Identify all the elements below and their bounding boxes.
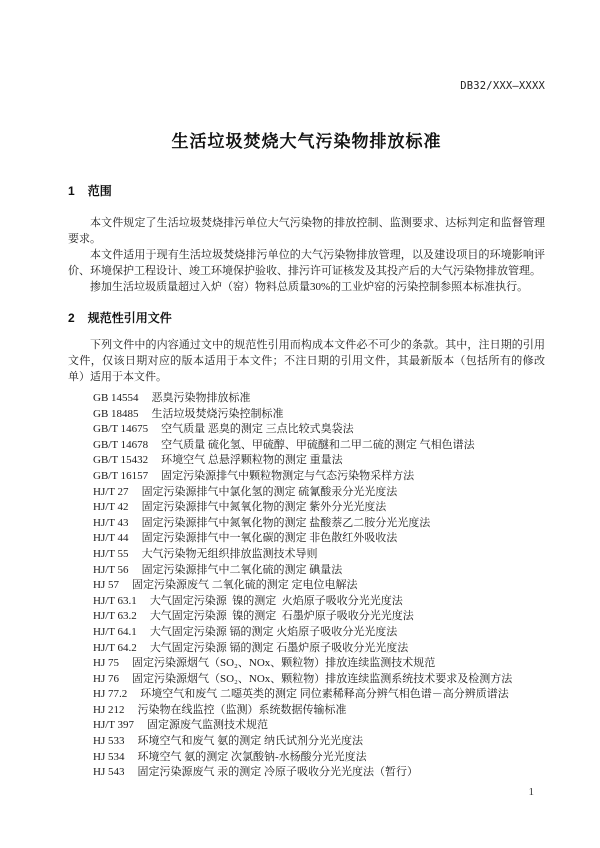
reference-item: GB/T 14675空气质量 恶臭的测定 三点比较式臭袋法 [93, 422, 545, 438]
reference-item: HJ/T 27固定污染源排气中氯化氢的测定 硫氰酸汞分光光度法 [93, 485, 545, 501]
reference-code: HJ/T 55 [93, 548, 129, 560]
reference-item: HJ 76固定污染源烟气（SO₂、NOx、颗粒物）排放连续监测系统技术要求及检测… [93, 672, 545, 688]
reference-code: HJ 77.2 [93, 688, 127, 700]
section-references-intro: 下列文件中的内容通过文中的规范性引用而构成本文件必不可少的条款。其中，注日期的引… [68, 337, 545, 385]
paragraph: 本文件规定了生活垃圾焚烧排污单位大气污染物的排放控制、监测要求、达标判定和监督管… [68, 215, 545, 247]
reference-code: HJ/T 27 [93, 486, 129, 498]
reference-code: GB/T 15432 [93, 454, 148, 466]
reference-title: 固定污染源烟气（SO₂、NOx、颗粒物）排放连续监测技术规范 [132, 657, 435, 669]
reference-code: HJ 533 [93, 735, 124, 747]
reference-title: 环境空气 总悬浮颗粒物的测定 重量法 [161, 454, 343, 466]
reference-title: 固定污染源排气中氮氧化物的测定 盐酸萘乙二胺分光光度法 [142, 517, 431, 529]
document-title: 生活垃圾焚烧大气污染物排放标准 [68, 129, 545, 155]
reference-code: HJ 75 [93, 657, 119, 669]
section-heading-text: 规范性引用文件 [88, 311, 172, 325]
section-references-heading: 2规范性引用文件 [68, 310, 545, 327]
reference-code: HJ 212 [93, 704, 124, 716]
reference-item: HJ/T 43固定污染源排气中氮氧化物的测定 盐酸萘乙二胺分光光度法 [93, 516, 545, 532]
reference-item: HJ/T 55大气污染物无组织排放监测技术导则 [93, 547, 545, 563]
reference-item: GB 18485生活垃圾焚烧污染控制标准 [93, 407, 545, 423]
reference-item: HJ/T 63.1大气固定污染源 镍的测定 火焰原子吸收分光光度法 [93, 594, 545, 610]
paragraph: 掺加生活垃圾质量超过入炉（窑）物料总质量30%的工业炉窑的污染控制参照本标准执行… [68, 279, 545, 295]
reference-title: 固定污染源废气 二氧化硫的测定 定电位电解法 [132, 579, 358, 591]
reference-item: HJ 75固定污染源烟气（SO₂、NOx、颗粒物）排放连续监测技术规范 [93, 656, 545, 672]
reference-title: 空气质量 恶臭的测定 三点比较式臭袋法 [161, 423, 354, 435]
reference-item: HJ 57固定污染源废气 二氧化硫的测定 定电位电解法 [93, 578, 545, 594]
reference-item: HJ 543固定污染源废气 汞的测定 冷原子吸收分光光度法（暂行） [93, 765, 545, 781]
reference-code: GB/T 14678 [93, 439, 148, 451]
reference-title: 恶臭污染物排放标准 [152, 392, 251, 404]
reference-title: 固定污染源排气中二氧化硫的测定 碘量法 [142, 564, 343, 576]
reference-title: 固定污染源排气中颗粒物测定与气态污染物采样方法 [161, 470, 414, 482]
section-scope: 1范围 本文件规定了生活垃圾焚烧排污单位大气污染物的排放控制、监测要求、达标判定… [68, 183, 545, 295]
reference-item: GB/T 14678空气质量 硫化氢、甲硫醇、甲硫醚和二甲二硫的测定 气相色谱法 [93, 438, 545, 454]
paragraph: 下列文件中的内容通过文中的规范性引用而构成本文件必不可少的条款。其中，注日期的引… [68, 337, 545, 385]
reference-item: HJ/T 64.1大气固定污染源 镉的测定 火焰原子吸收分光光度法 [93, 625, 545, 641]
reference-code: HJ 534 [93, 751, 124, 763]
reference-item: GB/T 16157固定污染源排气中颗粒物测定与气态污染物采样方法 [93, 469, 545, 485]
reference-title: 大气污染物无组织排放监测技术导则 [142, 548, 318, 560]
reference-code: GB/T 16157 [93, 470, 148, 482]
reference-code: HJ/T 64.1 [93, 626, 137, 638]
reference-code: HJ 76 [93, 673, 119, 685]
reference-title: 大气固定污染源 镉的测定 火焰原子吸收分光光度法 [150, 626, 398, 638]
reference-title: 大气固定污染源 镍的测定 火焰原子吸收分光光度法 [150, 595, 403, 607]
reference-title: 固定污染源烟气（SO₂、NOx、颗粒物）排放连续监测系统技术要求及检测方法 [132, 673, 512, 685]
reference-item: HJ/T 64.2大气固定污染源 镉的测定 石墨炉原子吸收分光光度法 [93, 641, 545, 657]
reference-item: HJ/T 397固定源废气监测技术规范 [93, 718, 545, 734]
section-number: 2 [68, 310, 75, 327]
section-number: 1 [68, 183, 75, 200]
reference-code: HJ/T 42 [93, 501, 129, 513]
reference-code: HJ/T 397 [93, 719, 134, 731]
reference-item: HJ 534环境空气 氨的测定 次氯酸钠-水杨酸分光光度法 [93, 750, 545, 766]
section-scope-heading: 1范围 [68, 183, 545, 200]
reference-item: HJ/T 44固定污染源排气中一氧化碳的测定 非色散红外吸收法 [93, 531, 545, 547]
reference-code: HJ/T 64.2 [93, 642, 137, 654]
reference-title: 污染物在线监控（监测）系统数据传输标准 [137, 704, 346, 716]
reference-item: GB/T 15432环境空气 总悬浮颗粒物的测定 重量法 [93, 453, 545, 469]
reference-item: HJ/T 56固定污染源排气中二氧化硫的测定 碘量法 [93, 563, 545, 579]
reference-title: 大气固定污染源 镍的测定 石墨炉原子吸收分光光度法 [150, 610, 414, 622]
section-heading-text: 范围 [88, 184, 112, 198]
reference-code: HJ/T 43 [93, 517, 129, 529]
document-header: DB32/XXX—XXXX [68, 78, 545, 91]
doc-code: DB32/XXX—XXXX [460, 80, 545, 92]
reference-code: HJ/T 63.2 [93, 610, 137, 622]
document-page: DB32/XXX—XXXX 生活垃圾焚烧大气污染物排放标准 1范围 本文件规定了… [0, 0, 600, 848]
reference-item: HJ 77.2环境空气和废气 二噁英类的测定 同位素稀释高分辨气相色谱－高分辨质… [93, 687, 545, 703]
reference-item: HJ/T 63.2大气固定污染源 镍的测定 石墨炉原子吸收分光光度法 [93, 609, 545, 625]
reference-item: HJ/T 42固定污染源排气中氮氧化物的测定 紫外分光光度法 [93, 500, 545, 516]
paragraph: 本文件适用于现有生活垃圾焚烧排污单位的大气污染物排放管理，以及建设项目的环境影响… [68, 247, 545, 279]
reference-code: HJ 543 [93, 766, 124, 778]
reference-item: HJ 212污染物在线监控（监测）系统数据传输标准 [93, 703, 545, 719]
reference-code: HJ/T 56 [93, 564, 129, 576]
reference-title: 固定污染源排气中氮氧化物的测定 紫外分光光度法 [142, 501, 387, 513]
reference-title: 固定污染源排气中氯化氢的测定 硫氰酸汞分光光度法 [142, 486, 398, 498]
reference-code: GB 14554 [93, 392, 139, 404]
reference-title: 环境空气和废气 氨的测定 纳氏试剂分光光度法 [137, 735, 363, 747]
reference-code: HJ/T 44 [93, 532, 129, 544]
reference-title: 生活垃圾焚烧污染控制标准 [152, 408, 284, 420]
reference-title: 空气质量 硫化氢、甲硫醇、甲硫醚和二甲二硫的测定 气相色谱法 [161, 439, 475, 451]
reference-title: 固定源废气监测技术规范 [147, 719, 268, 731]
reference-list: GB 14554恶臭污染物排放标准GB 18485生活垃圾焚烧污染控制标准GB/… [68, 391, 545, 781]
section-scope-paragraphs: 本文件规定了生活垃圾焚烧排污单位大气污染物的排放控制、监测要求、达标判定和监督管… [68, 215, 545, 295]
reference-code: HJ 57 [93, 579, 119, 591]
reference-code: GB 18485 [93, 408, 139, 420]
page-number: 1 [529, 786, 535, 798]
section-normative-references: 2规范性引用文件 下列文件中的内容通过文中的规范性引用而构成本文件必不可少的条款… [68, 310, 545, 781]
reference-title: 大气固定污染源 镉的测定 石墨炉原子吸收分光光度法 [150, 642, 409, 654]
reference-item: HJ 533环境空气和废气 氨的测定 纳氏试剂分光光度法 [93, 734, 545, 750]
reference-item: GB 14554恶臭污染物排放标准 [93, 391, 545, 407]
reference-title: 环境空气和废气 二噁英类的测定 同位素稀释高分辨气相色谱－高分辨质谱法 [140, 688, 509, 700]
reference-title: 固定污染源排气中一氧化碳的测定 非色散红外吸收法 [142, 532, 398, 544]
reference-title: 固定污染源废气 汞的测定 冷原子吸收分光光度法（暂行） [137, 766, 418, 778]
reference-title: 环境空气 氨的测定 次氯酸钠-水杨酸分光光度法 [137, 751, 366, 763]
reference-code: GB/T 14675 [93, 423, 148, 435]
reference-code: HJ/T 63.1 [93, 595, 137, 607]
